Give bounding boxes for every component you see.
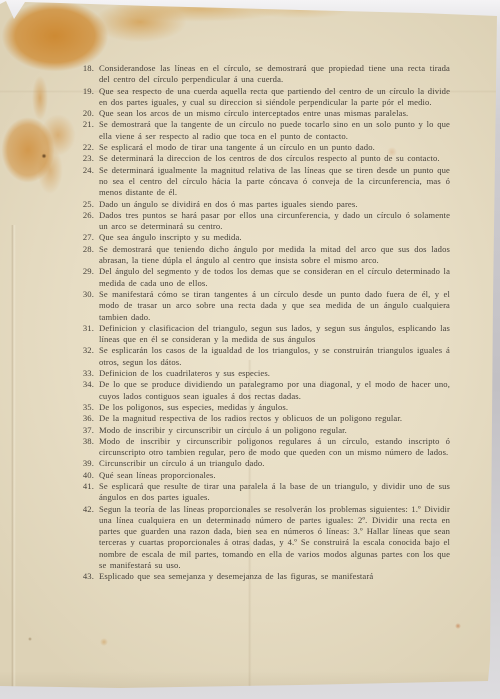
item-text: Considerandose las líneas en el círculo,… bbox=[99, 63, 450, 84]
item-number: 42. bbox=[72, 504, 94, 515]
list-item: 27.Que sea ángulo inscripto y su medida. bbox=[72, 232, 450, 243]
item-text: Que sea ángulo inscripto y su medida. bbox=[99, 232, 242, 242]
item-text: Modo de inscribir y circunscribir poligo… bbox=[99, 436, 450, 457]
item-number: 24. bbox=[72, 165, 94, 176]
item-number: 38. bbox=[72, 436, 94, 447]
item-text: Definicion y clasificacion del triangulo… bbox=[99, 323, 450, 344]
item-text: Modo de inscribir y circunscribir un cír… bbox=[99, 425, 347, 435]
list-item: 43.Esplicado que sea semejanza y desemej… bbox=[72, 571, 450, 582]
list-item: 39.Circunscribir un círculo á un triangu… bbox=[72, 458, 450, 469]
item-number: 19. bbox=[72, 86, 94, 97]
list-item: 37.Modo de inscribir y circunscribir un … bbox=[72, 425, 450, 436]
list-item: 23.Se determinará la direccion de los ce… bbox=[72, 153, 450, 164]
document-list: 18.Considerandose las líneas en el círcu… bbox=[72, 63, 450, 583]
item-text: Del ángulo del segmento y de todos los d… bbox=[99, 266, 450, 287]
list-item: 26.Dados tres puntos se hará pasar por e… bbox=[72, 210, 450, 233]
item-number: 39. bbox=[72, 458, 94, 469]
item-number: 30. bbox=[72, 289, 94, 300]
item-number: 41. bbox=[72, 481, 94, 492]
item-number: 26. bbox=[72, 210, 94, 221]
item-number: 20. bbox=[72, 108, 94, 119]
list-item: 28.Se demostrará que teniendo dicho ángu… bbox=[72, 244, 450, 267]
list-item: 41.Se esplicará que resulte de tirar una… bbox=[72, 481, 450, 504]
list-item: 25.Dado un ángulo se dividirá en dos ó m… bbox=[72, 199, 450, 210]
list-item: 22.Se esplicará el modo de tirar una tan… bbox=[72, 142, 450, 153]
list-item: 21.Se demostrará que la tangente de un c… bbox=[72, 119, 450, 142]
list-item: 18.Considerandose las líneas en el círcu… bbox=[72, 63, 450, 86]
item-text: Esplicado que sea semejanza y desemejanz… bbox=[99, 571, 373, 581]
item-text: Que sean los arcos de un mismo círculo i… bbox=[99, 108, 408, 118]
item-number: 23. bbox=[72, 153, 94, 164]
item-text: Se esplicarán los casos de la igualdad d… bbox=[99, 345, 450, 366]
item-text: Se determinará igualmente la magnitud re… bbox=[99, 165, 450, 198]
list-item: 24.Se determinará igualmente la magnitud… bbox=[72, 165, 450, 199]
list-item: 36.De la magnitud respectiva de los radi… bbox=[72, 413, 450, 424]
item-number: 18. bbox=[72, 63, 94, 74]
item-text: Se determinará la direccion de los centr… bbox=[99, 153, 440, 163]
list-item: 20.Que sean los arcos de un mismo círcul… bbox=[72, 108, 450, 119]
item-text: De lo que se produce dividiendo un paral… bbox=[99, 379, 450, 400]
item-text: De la magnitud respectiva de los radios … bbox=[99, 413, 402, 423]
item-text: Se demostrará que la tangente de un círc… bbox=[99, 119, 450, 140]
item-text: Qué sean líneas proporcionales. bbox=[99, 470, 216, 480]
paper-sheet: 18.Considerandose las líneas en el círcu… bbox=[0, 0, 500, 699]
item-number: 36. bbox=[72, 413, 94, 424]
item-text: Circunscribir un círculo á un triangulo … bbox=[99, 458, 265, 468]
list-item: 19.Que sea respecto de una cuerda aquell… bbox=[72, 86, 450, 109]
item-number: 40. bbox=[72, 470, 94, 481]
list-item: 34.De lo que se produce dividiendo un pa… bbox=[72, 379, 450, 402]
item-number: 29. bbox=[72, 266, 94, 277]
item-number: 31. bbox=[72, 323, 94, 334]
item-number: 21. bbox=[72, 119, 94, 130]
item-number: 25. bbox=[72, 199, 94, 210]
list-item: 35.De los poligonos, sus especies, medid… bbox=[72, 402, 450, 413]
item-text: De los poligonos, sus especies, medidas … bbox=[99, 402, 288, 412]
item-number: 35. bbox=[72, 402, 94, 413]
item-number: 34. bbox=[72, 379, 94, 390]
list-item: 31.Definicion y clasificacion del triang… bbox=[72, 323, 450, 346]
list-item: 29.Del ángulo del segmento y de todos lo… bbox=[72, 266, 450, 289]
list-item: 33.Definicion de los cuadrilateros y sus… bbox=[72, 368, 450, 379]
item-text: Se esplicará el modo de tirar una tangen… bbox=[99, 142, 375, 152]
item-text: Se demostrará que teniendo dicho ángulo … bbox=[99, 244, 450, 265]
list-item: 40.Qué sean líneas proporcionales. bbox=[72, 470, 450, 481]
item-number: 28. bbox=[72, 244, 94, 255]
item-text: Se manifestará cómo se tiran tangentes á… bbox=[99, 289, 450, 322]
item-text: Segun la teoría de las líneas proporcion… bbox=[99, 504, 450, 570]
list-item: 38.Modo de inscribir y circunscribir pol… bbox=[72, 436, 450, 459]
list-item: 42.Segun la teoría de las líneas proporc… bbox=[72, 504, 450, 572]
item-text: Se esplicará que resulte de tirar una pa… bbox=[99, 481, 450, 502]
item-number: 43. bbox=[72, 571, 94, 582]
item-number: 32. bbox=[72, 345, 94, 356]
list-item: 30.Se manifestará cómo se tiran tangente… bbox=[72, 289, 450, 323]
item-text: Definicion de los cuadrilateros y sus es… bbox=[99, 368, 270, 378]
item-number: 22. bbox=[72, 142, 94, 153]
item-text: Dados tres puntos se hará pasar por ello… bbox=[99, 210, 450, 231]
item-text: Que sea respecto de una cuerda aquella r… bbox=[99, 86, 450, 107]
item-text: Dado un ángulo se dividirá en dos ó mas … bbox=[99, 199, 358, 209]
item-number: 27. bbox=[72, 232, 94, 243]
item-number: 37. bbox=[72, 425, 94, 436]
list-item: 32.Se esplicarán los casos de la igualda… bbox=[72, 345, 450, 368]
item-number: 33. bbox=[72, 368, 94, 379]
